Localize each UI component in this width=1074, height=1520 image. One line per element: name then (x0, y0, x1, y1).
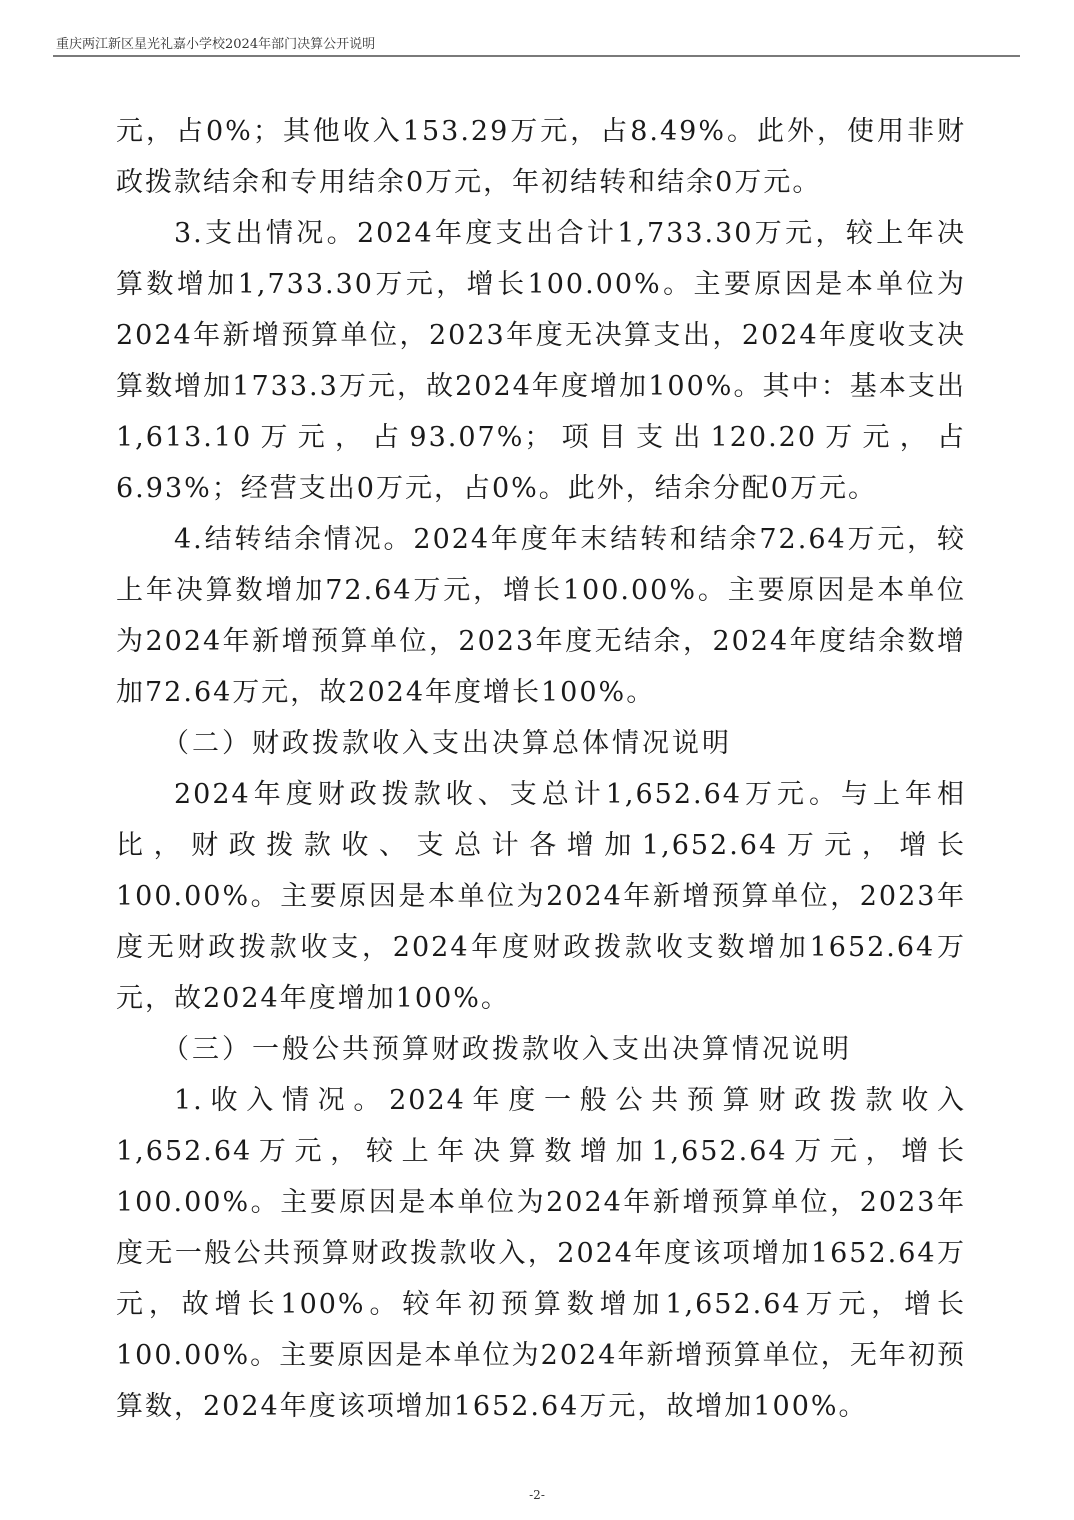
page-header: 重庆两江新区星光礼嘉小学校2024年部门决算公开说明 (53, 30, 1020, 57)
paragraph-general-budget-income: 1.收入情况。2024年度一般公共预算财政拨款收入1,652.64万元，较上年决… (116, 1075, 966, 1432)
paragraph-fiscal-overall: 2024年度财政拨款收、支总计1,652.64万元。与上年相比，财政拨款收、支总… (116, 769, 966, 1024)
page-number: -2- (0, 1488, 1074, 1502)
document-body: 元，占0%；其他收入153.29万元，占8.49%。此外，使用非财政拨款结余和专… (116, 106, 966, 1432)
paragraph-expenditure: 3.支出情况。2024年度支出合计1,733.30万元，较上年决算数增加1,73… (116, 208, 966, 514)
section-heading-general-budget: （三）一般公共预算财政拨款收入支出决算情况说明 (116, 1024, 966, 1075)
paragraph-carryover-balance: 4.结转结余情况。2024年度年末结转和结余72.64万元，较上年决算数增加72… (116, 514, 966, 718)
paragraph-income-continuation: 元，占0%；其他收入153.29万元，占8.49%。此外，使用非财政拨款结余和专… (116, 106, 966, 208)
document-title: 重庆两江新区星光礼嘉小学校2024年部门决算公开说明 (56, 33, 375, 52)
section-heading-fiscal-overall: （二）财政拨款收入支出决算总体情况说明 (116, 718, 966, 769)
